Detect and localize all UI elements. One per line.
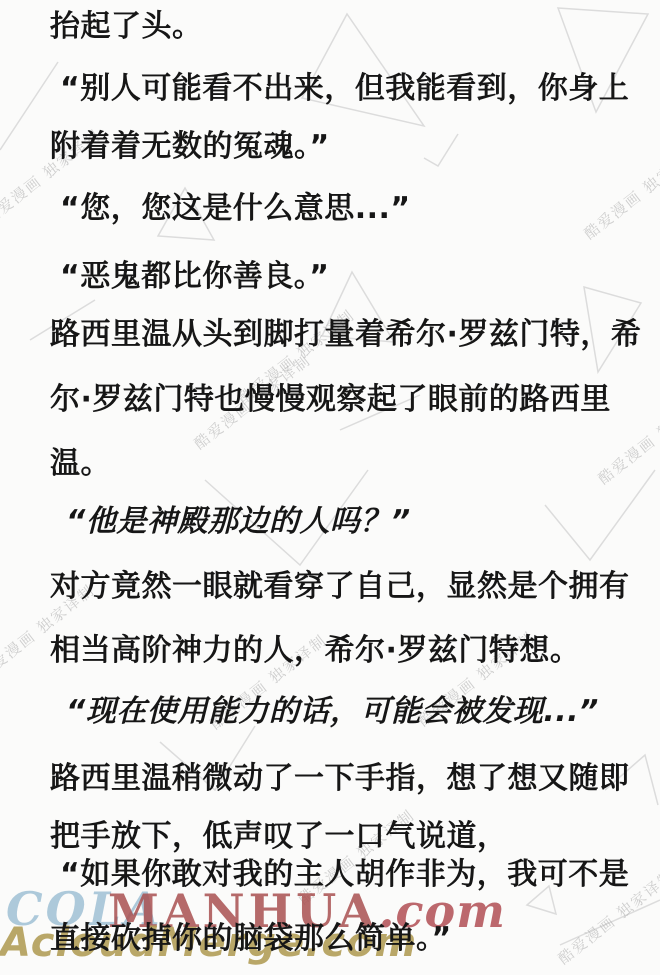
text-line: 尔·罗兹门特也慢慢观察起了眼前的路西里 xyxy=(50,383,611,417)
text-line: 相当高阶神力的人，希尔·罗兹门特想。 xyxy=(50,634,580,668)
text-line: 路西里温从头到脚打量着希尔·罗兹门特，希 xyxy=(50,318,641,352)
text-line: “如果你敢对我的主人胡作非为，我可不是 xyxy=(60,858,629,892)
text-line: 把手放下，低声叹了一口气说道， xyxy=(50,820,508,854)
text-line: 路西里温稍微动了一下手指，想了想又随即 xyxy=(50,762,630,796)
novel-page: 酷爱漫画 独家译制 酷爱漫画 独家译制 酷爱漫画 独家译制 酷爱漫画 独家译制 … xyxy=(0,0,660,975)
text-line: “您，您这是什么意思...” xyxy=(60,192,411,226)
text-line: “恶鬼都比你善良。” xyxy=(60,260,329,294)
novel-text: 抬起了头。 “别人可能看不出来，但我能看到，你身上 附着着无数的冤魂。” “您，… xyxy=(0,0,660,975)
text-line: “现在使用能力的话，可能会被发现...” xyxy=(66,695,599,729)
text-line: 直接砍掉你的脑袋那么简单。” xyxy=(50,922,452,956)
text-line: “他是神殿那边的人吗？” xyxy=(66,505,411,539)
text-line: “别人可能看不出来，但我能看到，你身上 xyxy=(60,72,629,106)
text-line: 抬起了头。 xyxy=(50,10,203,44)
text-line: 温。 xyxy=(50,447,111,481)
text-line: 对方竟然一眼就看穿了自己，显然是个拥有 xyxy=(50,570,630,604)
text-line: 附着着无数的冤魂。” xyxy=(50,130,330,164)
